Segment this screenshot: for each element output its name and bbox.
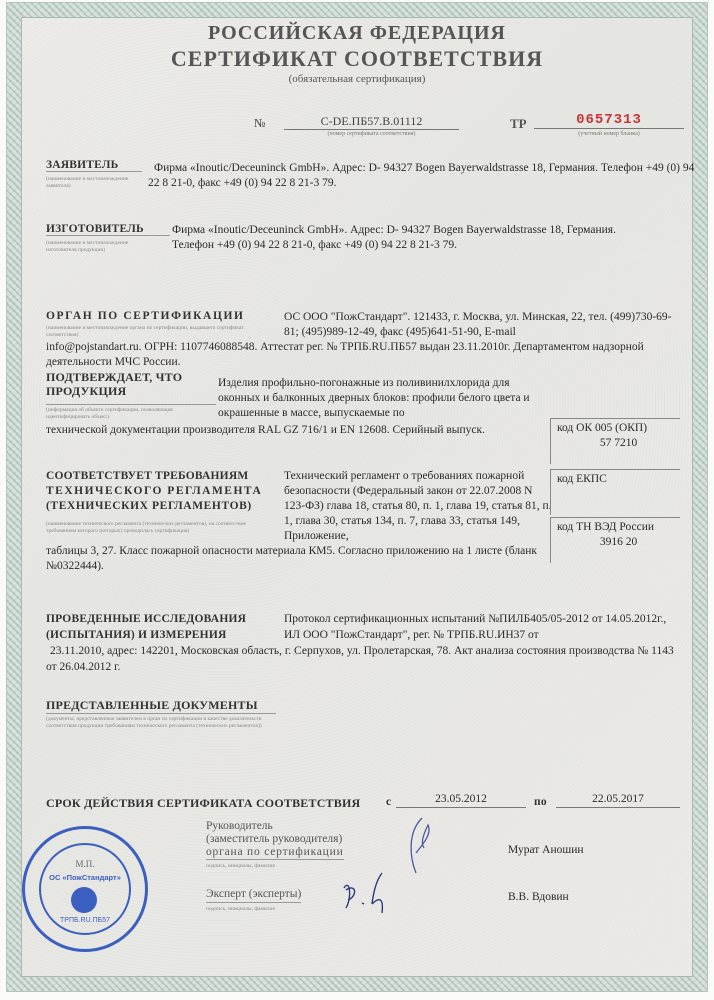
head-name: Мурат Аношин xyxy=(508,843,584,858)
country-title: РОССИЙСКАЯ ФЕДЕРАЦИЯ xyxy=(22,22,692,45)
validity-label: СРОК ДЕЙСТВИЯ СЕРТИФИКАТА СООТВЕТСТВИЯ xyxy=(46,796,360,811)
documents-caption: (документы, представленные заявителем в … xyxy=(46,716,271,730)
certificate-subtitle: (обязательная сертификация) xyxy=(22,73,692,85)
documents-label: ПРЕДСТАВЛЕННЫЕ ДОКУМЕНТЫ xyxy=(46,698,276,714)
validity-to-label: по xyxy=(534,796,547,808)
manufacturer-caption: (наименование и местонахождение изготови… xyxy=(46,240,146,254)
expert-signature-caption: подпись, инициалы, фамилия xyxy=(206,906,275,913)
okp-value: 57 7210 xyxy=(557,437,680,449)
tests-text-first: Протокол сертификационных испытаний №ПИЛ… xyxy=(284,611,684,643)
certificate-title: СЕРТИФИКАТ СООТВЕТСТВИЯ xyxy=(22,46,692,72)
ekps-label: код ЕКПС xyxy=(557,473,680,485)
ekps-code-box: код ЕКПС xyxy=(550,469,680,515)
official-stamp: М.П. ОС «ПожСтандарт» ТРПБ.RU.ПБ57 xyxy=(22,826,148,952)
validity-from-label: с xyxy=(386,796,391,808)
tnved-value: 3916 20 xyxy=(557,536,680,548)
certification-body-text-rest: info@pojstandart.ru. ОГРН: 1107746088548… xyxy=(46,340,686,370)
applicant-label: ЗАЯВИТЕЛЬ xyxy=(46,159,142,172)
expert-label: Эксперт (эксперты) xyxy=(206,887,301,903)
compliance-caption: (наименование технического регламента (т… xyxy=(46,521,266,535)
certificate-border: РОССИЙСКАЯ ФЕДЕРАЦИЯ СЕРТИФИКАТ СООТВЕТС… xyxy=(6,2,708,992)
stamp-mp: М.П. xyxy=(25,859,145,869)
manufacturer-label: ИЗГОТОВИТЕЛЬ xyxy=(46,223,170,236)
product-caption: (информация об объекте сертификации, поз… xyxy=(46,404,216,421)
head-signature-caption: подпись, инициалы, фамилия xyxy=(206,863,275,870)
expert-signature xyxy=(338,868,398,918)
product-text-first: Изделия профильно-погонажные из поливини… xyxy=(218,376,538,421)
validity-from: 23.05.2012 xyxy=(396,792,526,808)
compliance-text-first: Технический регламент о требованиях пожа… xyxy=(284,469,554,544)
applicant-caption: (наименование и местонахождение заявител… xyxy=(46,176,146,190)
number-label: № xyxy=(254,116,265,131)
compliance-text-rest: таблицы 3, 27. Класс пожарной опасности … xyxy=(46,544,556,574)
tests-label: ПРОВЕДЕННЫЕ ИССЛЕДОВАНИЯ (ИСПЫТАНИЯ) И И… xyxy=(46,611,246,643)
certificate-body: РОССИЙСКАЯ ФЕДЕРАЦИЯ СЕРТИФИКАТ СООТВЕТС… xyxy=(21,17,693,977)
head-label: Руководитель (заместитель руководителя) … xyxy=(206,820,344,860)
stamp-org: ОС «ПожСтандарт» xyxy=(25,873,145,882)
expert-name: В.В. Вдовин xyxy=(508,890,569,905)
okp-label: код ОК 005 (ОКП) xyxy=(557,422,680,434)
manufacturer-text: Фирма «Inoutic/Deceuninck GmbH». Адрес: … xyxy=(172,223,652,253)
head-signature xyxy=(402,813,442,883)
certificate-number-caption: (номер сертификата соответствия) xyxy=(284,131,459,137)
certification-body-text-first: ОС ООО "ПожСтандарт". 121433, г. Москва,… xyxy=(284,310,684,340)
tnved-code-box: код ТН ВЭД России 3916 20 xyxy=(550,517,680,563)
validity-to: 22.05.2017 xyxy=(556,792,680,808)
tests-text-rest: 23.11.2010, адрес: 142201, Московская об… xyxy=(46,643,686,675)
applicant-text: Фирма «Inoutic/Deceuninck GmbH». Адрес: … xyxy=(148,161,698,191)
certification-body-label: ОРГАН ПО СЕРТИФИКАЦИИ xyxy=(46,310,245,322)
certificate-number: С-DE.ПБ57.В.01112 xyxy=(284,114,459,130)
blank-number-caption: (учетный номер бланка) xyxy=(534,131,684,137)
blank-number-field: 0657313 xyxy=(534,110,684,129)
okp-code-box: код ОК 005 (ОКП) 57 7210 xyxy=(550,418,680,464)
blank-number: 0657313 xyxy=(576,112,642,128)
stamp-logo-icon xyxy=(71,887,97,913)
tnved-label: код ТН ВЭД России xyxy=(557,521,680,533)
product-label: ПОДТВЕРЖДАЕТ, ЧТО ПРОДУКЦИЯ xyxy=(46,370,206,398)
tr-label: ТР xyxy=(510,116,527,132)
compliance-label: СООТВЕТСТВУЕТ ТРЕБОВАНИЯМ ТЕХНИЧЕСКОГО Р… xyxy=(46,469,262,514)
stamp-reg: ТРПБ.RU.ПБ57 xyxy=(25,917,145,924)
product-text-rest: технической документации производителя R… xyxy=(46,423,546,438)
certification-body-caption: (наименование и местонахождение органа п… xyxy=(46,325,276,339)
